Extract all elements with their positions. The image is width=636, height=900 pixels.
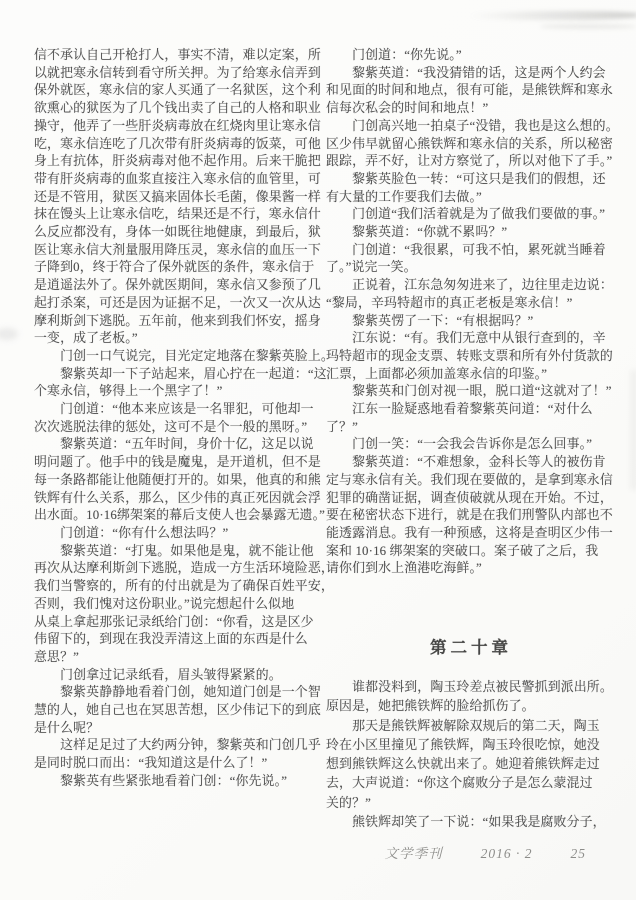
text-line: 伟留下的，到现在我没弄清这上面的东西是什么: [34, 631, 324, 649]
chapter-heading: 第二十章: [326, 634, 616, 658]
right-text-column-after-heading: 谁都没料到，陶玉玲差点被民警抓到派出所。原因是，她把熊铁辉的脸给抓伤了。 那天是…: [326, 678, 616, 832]
text-line: 黎紫英和门创对视一眼，脱口道“这就对了！”: [326, 383, 616, 401]
text-line: 请你们到水上渔港吃海鲜。”: [326, 560, 616, 578]
page-number: 25: [571, 846, 587, 862]
text-line: 门创道：“你有什么想法吗？”: [34, 525, 324, 543]
left-text-column: 信不承认自己开枪打人，事实不清，难以定案，所以就把寒永信转到看守所关押。为了给寒…: [34, 47, 324, 791]
text-line: 去，大声说道：“你这个腐败分子是怎么蒙混过: [326, 774, 616, 793]
text-line: 信不承认自己开枪打人，事实不清，难以定案，所: [34, 47, 324, 65]
text-line: 那天是熊铁辉被解除双规后的第二天，陶玉: [326, 717, 616, 736]
scan-smudge-artifact: [468, 11, 636, 20]
text-line: 犯罪的确凿证据，调查侦破就从现在开始。不过，: [326, 490, 616, 508]
text-line: 要在秘密状态下进行，就是在我们刑警队内部也不: [326, 507, 616, 525]
text-line: 我们当警察的，所有的付出就是为了确保百姓平安，: [34, 578, 324, 596]
text-line: 门创一口气说完，目光定定地落在黎紫英脸上。: [34, 348, 324, 366]
text-line: 汇票，上面都必须加盖寒永信的印鉴。”: [326, 366, 616, 384]
text-line: 定与寒永信有关。我们现在要做的，是拿到寒永信: [326, 472, 616, 490]
scan-smudge-artifact: [630, 370, 636, 490]
text-line: 门创道“我们活着就是为了做我们要做的事。”: [326, 206, 616, 224]
journal-issue: 2016 · 2: [481, 846, 533, 862]
text-line: 门创拿过记录纸看，眉头皱得紧紧的。: [34, 667, 324, 685]
text-line: 信每次私会的时间和地点！”: [326, 100, 616, 118]
text-line: 否则，我们愧对这份职业。”说完想起什么似地: [34, 596, 324, 614]
text-line: 操守，他弄了一些肝炎病毒放在红烧肉里让寒永信: [34, 118, 324, 136]
text-line: 黎紫英静静地看着门创，她知道门创是一个智: [34, 684, 324, 702]
text-line: 有大量的工作要我们去做。”: [326, 189, 616, 207]
text-line: 这样足足过了大约两分钟，黎紫英和门创几乎: [34, 737, 324, 755]
text-line: 案和 10·16 绑架案的突破口。案子破了之后，我: [326, 543, 616, 561]
text-line: 子降到0，终于符合了保外就医的条件，寒永信于: [34, 259, 324, 277]
text-line: 熊铁辉却笑了一下说：“如果我是腐败分子，: [326, 813, 616, 832]
text-line: 黎紫英脸色一转：“可这只是我们的假想，还: [326, 171, 616, 189]
text-line: 区少伟早就留心熊铁辉和寒永信的关系，所以秘密: [326, 136, 616, 154]
text-line: 玲在小区里撞见了熊铁辉，陶玉玲很吃惊，她没: [326, 736, 616, 755]
text-line: 江东说：“有。我们无意中从银行查到的，辛: [326, 330, 616, 348]
text-line: 欲熏心的狱医为了几个钱出卖了自己的人格和职业: [34, 100, 324, 118]
text-line: 次次逃脱法律的惩处，这可不是个一般的黑呀。”: [34, 419, 324, 437]
text-line: 门创道：“你先说。”: [326, 47, 616, 65]
right-text-column-before-heading: 门创道：“你先说。” 黎紫英道：“我没猜错的话，这是两个人约会和见面的时间和地点…: [326, 47, 616, 578]
text-line: 黎紫英有些紧张地看着门创：“你先说。”: [34, 773, 324, 791]
text-line: 黎紫英却一下子站起来，眉心拧在一起道：“这: [34, 366, 324, 384]
text-line: 门创道：“我很累，可我不怕，累死就当睡着: [326, 242, 616, 260]
text-line: “黎局，辛玛特超市的真正老板是寒永信！”: [326, 295, 616, 313]
page-footer: 文学季刊 2016 · 2 25: [326, 842, 610, 862]
text-line: 再次从达摩利斯剑下逃脱，造成一方生活环境险恶，: [34, 560, 324, 578]
text-line: 是什么呢？: [34, 720, 324, 738]
text-line: 黎紫英道：“不难想象，金科长等人的被伤肯: [326, 454, 616, 472]
text-line: 吃，寒永信连吃了几次带有肝炎病毒的饭菜，可他: [34, 136, 324, 154]
text-line: 以就把寒永信转到看守所关押。为了给寒永信弄到: [34, 65, 324, 83]
text-line: 江东一脸疑惑地看着黎紫英问道：“对什么: [326, 401, 616, 419]
text-line: 玛特超市的现金支票、转账支票和所有外付货款的: [326, 348, 616, 366]
text-line: 起打杀案，可还是因为证据不足，一次又一次从达: [34, 295, 324, 313]
text-line: 铁辉有什么关系，那么，区少伟的真正死因就会浮: [34, 490, 324, 508]
text-line: 抹在馒头上让寒永信吃，结果还是不行，寒永信什: [34, 206, 324, 224]
text-line: 出水面。10·16绑架案的幕后支使人也会暴露无遗。”: [34, 507, 324, 525]
text-line: 谁都没料到，陶玉玲差点被民警抓到派出所。: [326, 678, 616, 697]
text-line: 医让寒永信大剂量服用降压灵，寒永信的血压一下: [34, 242, 324, 260]
scan-smudge-artifact: [0, 328, 18, 340]
text-line: 和见面的时间和地点，很有可能，是熊铁辉和寒永: [326, 82, 616, 100]
text-line: 个寒永信，够得上一个黑字了！”: [34, 383, 324, 401]
text-line: 身上有抗体，肝炎病毒对他不起作用。后来干脆把: [34, 153, 324, 171]
text-line: 保外就医，寒永信的家人买通了一名狱医，这个利: [34, 82, 324, 100]
text-line: 能透露消息。我有一种预感，这将是查明区少伟一: [326, 525, 616, 543]
text-line: 每一条路都能让他随便打开的。如果，他真的和熊: [34, 472, 324, 490]
text-line: 了？”: [326, 419, 616, 437]
text-line: 么反应都没有，身体一如既往地健康，到最后，狱: [34, 224, 324, 242]
text-line: 关的？”: [326, 794, 616, 813]
text-line: 还是不管用，狱医又搞来固体长毛菌，像果酱一样: [34, 189, 324, 207]
text-line: 摩利斯剑下逃脱。五年前，他来到我们怀安，摇身: [34, 313, 324, 331]
text-line: 正说着，江东急匆匆进来了，边往里走边说：: [326, 277, 616, 295]
text-line: 意思？”: [34, 649, 324, 667]
text-line: 带有肝炎病毒的血浆直接注入寒永信的血管里，可: [34, 171, 324, 189]
text-line: 黎紫英道：“你就不累吗？”: [326, 224, 616, 242]
text-line: 是逍遥法外了。保外就医期间，寒永信又参预了几: [34, 277, 324, 295]
text-line: 是同时脱口而出：“我知道这是什么了！”: [34, 755, 324, 773]
text-line: 门创一笑：“一会我会告诉你是怎么回事。”: [326, 436, 616, 454]
text-line: 从桌上拿起那张记录纸给门创：“你看，这是区少: [34, 614, 324, 632]
text-line: 明问题了。他手中的钱是魔鬼，是开道机，但不是: [34, 454, 324, 472]
text-line: 原因是，她把熊铁辉的脸给抓伤了。: [326, 697, 616, 716]
text-line: 跟踪，弄不好，让对方察觉了，所以对他下了手。”: [326, 153, 616, 171]
text-line: 想到熊铁辉这么快就出来了。她迎着熊铁辉走过: [326, 755, 616, 774]
text-line: 了。”说完一笑。: [326, 259, 616, 277]
text-line: 一变，成了老板。”: [34, 330, 324, 348]
scanned-magazine-page: 信不承认自己开枪打人，事实不清，难以定案，所以就把寒永信转到看守所关押。为了给寒…: [0, 0, 636, 900]
text-line: 黎紫英道：“我没猜错的话，这是两个人约会: [326, 65, 616, 83]
text-line: 黎紫英道：“五年时间，身价十亿，这足以说: [34, 436, 324, 454]
journal-title: 文学季刊: [385, 842, 443, 862]
scan-smudge-artifact: [540, 24, 636, 29]
text-line: 黎紫英愣了一下：“有根据吗？”: [326, 313, 616, 331]
text-line: 门创道：“他本来应该是一名罪犯，可他却一: [34, 401, 324, 419]
text-line: 黎紫英道：“打鬼。如果他是鬼，就不能让他: [34, 543, 324, 561]
text-line: 门创高兴地一拍桌子“没错，我也是这么想的。: [326, 118, 616, 136]
text-line: 慧的人，她自己也在冥思苦想，区少伟记下的到底: [34, 702, 324, 720]
